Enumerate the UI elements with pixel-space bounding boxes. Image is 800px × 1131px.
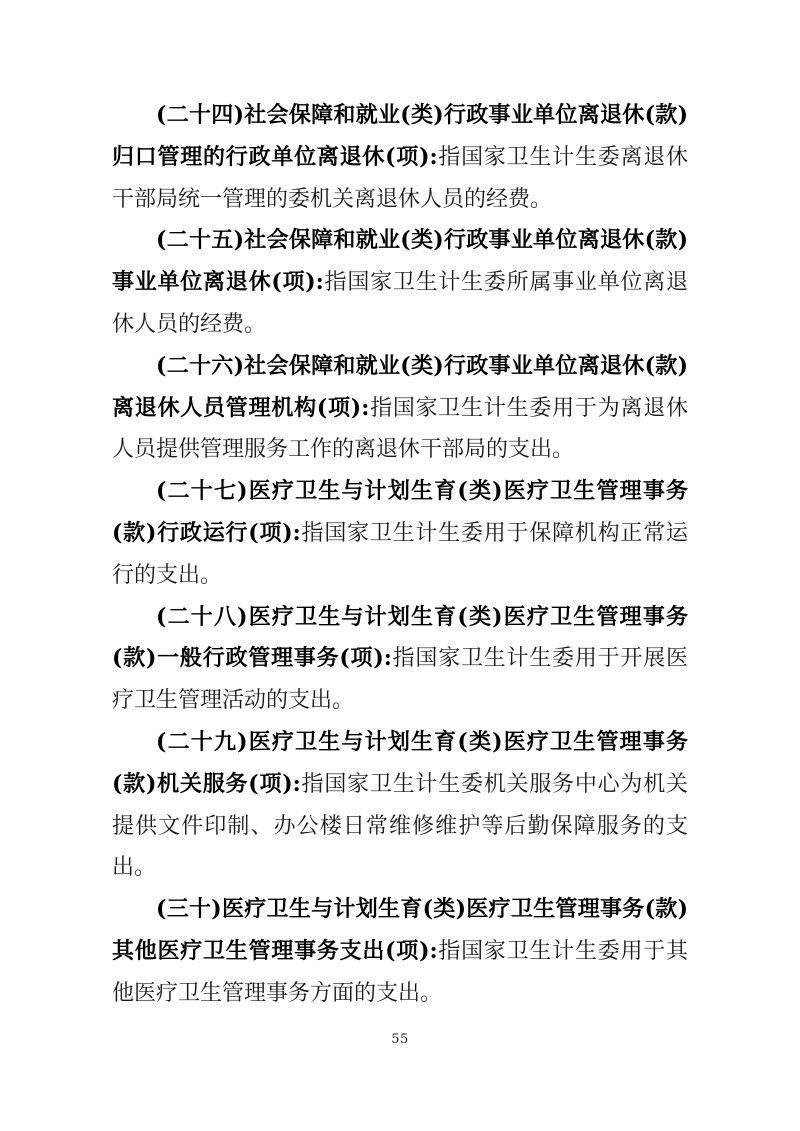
paragraph-item-26: (二十六)社会保障和就业(类)行政事业单位离退休(款)离退休人员管理机构(项):… bbox=[112, 346, 688, 471]
paragraph-item-24: (二十四)社会保障和就业(类)行政事业单位离退休(款)归口管理的行政单位离退休(… bbox=[112, 95, 688, 220]
paragraph-item-25: (二十五)社会保障和就业(类)行政事业单位离退休(款)事业单位离退休(项):指国… bbox=[112, 220, 688, 345]
paragraph-item-27: (二十七)医疗卫生与计划生育(类)医疗卫生管理事务(款)行政运行(项):指国家卫… bbox=[112, 471, 688, 596]
paragraph-item-29: (二十九)医疗卫生与计划生育(类)医疗卫生管理事务(款)机关服务(项):指国家卫… bbox=[112, 722, 688, 889]
document-body: (二十四)社会保障和就业(类)行政事业单位离退休(款)归口管理的行政单位离退休(… bbox=[112, 95, 688, 1015]
document-page: (二十四)社会保障和就业(类)行政事业单位离退休(款)归口管理的行政单位离退休(… bbox=[0, 0, 800, 1131]
page-number: 55 bbox=[0, 1032, 800, 1047]
paragraph-item-30: (三十)医疗卫生与计划生育(类)医疗卫生管理事务(款)其他医疗卫生管理事务支出(… bbox=[112, 889, 688, 1014]
paragraph-item-28: (二十八)医疗卫生与计划生育(类)医疗卫生管理事务(款)一般行政管理事务(项):… bbox=[112, 597, 688, 722]
